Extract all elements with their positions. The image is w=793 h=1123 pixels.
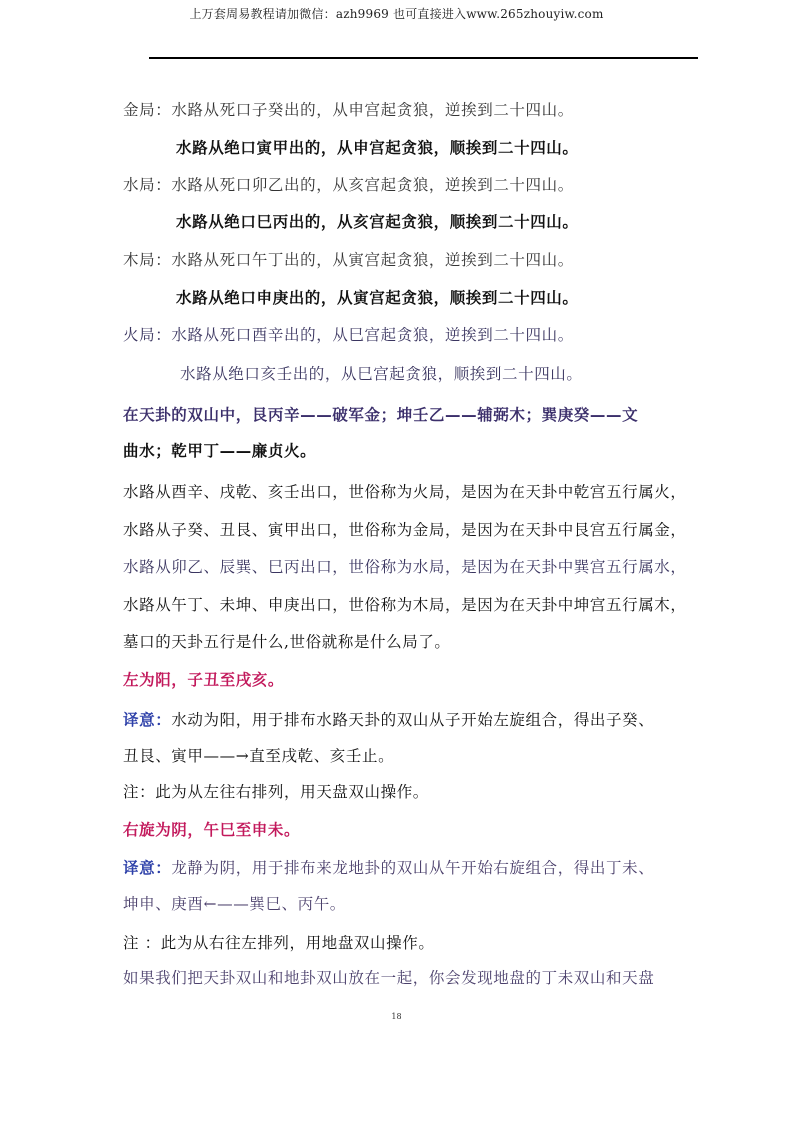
line-text: 水路从死口酉辛出的，从巳宫起贪狼，逆挨到二十四山。 [171,326,574,344]
yi-yi-label: 译意： [123,859,171,877]
note-di-pan: 注 ：此为从右往左排列，用地盘双山操作。 [123,933,434,953]
header-rule [149,57,698,59]
line-text: 水路从酉辛、戌乾、亥壬出口，世俗称为火局，是因为在天卦中乾宫五行属火， [123,483,687,501]
line-text: 左为阳，子丑至戌亥。 [123,671,284,689]
paragraph-yi-yi-1-cont: 丑艮、寅甲——→直至戌乾、亥壬止。 [123,746,394,766]
line-text: 水路从绝口巳丙出的，从亥宫起贪狼，顺挨到二十四山。 [176,213,579,231]
line-text: 水路从死口子癸出的，从申宫起贪狼，逆挨到二十四山。 [171,101,574,119]
line-text: 如果我们把天卦双山和地卦双山放在一起，你会发现地盘的丁未双山和天盘 [123,969,654,987]
paragraph-shui-ju-jue: 水路从绝口巳丙出的，从亥宫起贪狼，顺挨到二十四山。 [176,212,579,232]
paragraph-jin-ju-explain: 水路从子癸、丑艮、寅甲出口，世俗称为金局，是因为在天卦中艮宫五行属金， [123,520,687,540]
line-text: 水路从死口午丁出的，从寅宫起贪狼，逆挨到二十四山。 [171,251,574,269]
paragraph-shui-ju-si: 水局：水路从死口卯乙出的，从亥宫起贪狼，逆挨到二十四山。 [123,175,574,195]
line-text: 水路从午丁、未坤、申庚出口，世俗称为木局，是因为在天卦中坤宫五行属木， [123,596,687,614]
line-text: 水路从绝口寅甲出的，从申宫起贪狼，顺挨到二十四山。 [176,139,579,157]
line-text: 水路从卯乙、辰巽、巳丙出口，世俗称为水局，是因为在天卦中巽宫五行属水， [123,558,687,576]
line-prefix: 水局： [123,176,171,194]
paragraph-jin-ju-si: 金局：水路从死口子癸出的，从申宫起贪狼，逆挨到二十四山。 [123,100,574,120]
paragraph-combine: 如果我们把天卦双山和地卦双山放在一起，你会发现地盘的丁未双山和天盘 [123,968,654,988]
paragraph-huo-ju-jue: 水路从绝口亥壬出的，从巳宫起贪狼，顺挨到二十四山。 [180,364,583,384]
line-prefix: 木局： [123,251,171,269]
paragraph-jin-ju-jue: 水路从绝口寅甲出的，从申宫起贪狼，顺挨到二十四山。 [176,138,579,158]
line-text: 水路从子癸、丑艮、寅甲出口，世俗称为金局，是因为在天卦中艮宫五行属金， [123,521,687,539]
paragraph-mu-ju-jue: 水路从绝口申庚出的，从寅宫起贪狼，顺挨到二十四山。 [176,288,579,308]
page-number: 18 [0,1012,793,1021]
line-text: 右旋为阴，午巳至申未。 [123,821,300,839]
paragraph-tian-gua-heading-2: 曲水；乾甲丁——廉贞火。 [123,441,316,461]
line-text: 龙静为阴，用于排布来龙地卦的双山从午开始右旋组合，得出丁未、 [171,859,654,877]
paragraph-yi-yi-2-cont: 坤申、庚酉←——巽巳、丙午。 [123,894,346,914]
yi-yi-label: 译意： [123,711,171,729]
line-text: 丑艮、寅甲——→直至戌乾、亥壬止。 [123,747,394,765]
paragraph-mu-kou-summary: 墓口的天卦五行是什么,世俗就称是什么局了。 [123,632,451,652]
paragraph-tian-gua-heading-1: 在天卦的双山中，艮丙辛——破军金；坤壬乙——辅弼木；巽庚癸——文 [123,405,638,425]
line-text: 水路从绝口亥壬出的，从巳宫起贪狼，顺挨到二十四山。 [180,365,583,383]
line-text: 墓口的天卦五行是什么,世俗就称是什么局了。 [123,633,451,651]
line-prefix: 火局： [123,326,171,344]
page-header: 上万套周易教程请加微信：azh9969 也可直接进入www.265zhouyiw… [0,5,793,22]
line-text: 注：此为从左往右排列，用天盘双山操作。 [123,783,429,801]
paragraph-huo-ju-si: 火局：水路从死口酉辛出的，从巳宫起贪狼，逆挨到二十四山。 [123,325,574,345]
line-text: 坤申、庚酉←——巽巳、丙午。 [123,895,346,913]
paragraph-yi-yi-1: 译意：水动为阳，用于排布水路天卦的双山从子开始左旋组合，得出子癸、 [123,710,654,730]
line-prefix: 金局： [123,101,171,119]
line-text: 曲水；乾甲丁——廉贞火。 [123,442,316,460]
line-text: 在天卦的双山中，艮丙辛——破军金；坤壬乙——辅弼木；巽庚癸——文 [123,406,638,424]
paragraph-huo-ju-explain: 水路从酉辛、戌乾、亥壬出口，世俗称为火局，是因为在天卦中乾宫五行属火， [123,482,687,502]
line-text: 水动为阳，用于排布水路天卦的双山从子开始左旋组合，得出子癸、 [171,711,654,729]
line-text: 注 ：此为从右往左排列，用地盘双山操作。 [123,934,434,952]
paragraph-mu-ju-explain: 水路从午丁、未坤、申庚出口，世俗称为木局，是因为在天卦中坤宫五行属木， [123,595,687,615]
paragraph-shui-ju-explain: 水路从卯乙、辰巽、巳丙出口，世俗称为水局，是因为在天卦中巽宫五行属水， [123,557,687,577]
note-tian-pan: 注：此为从左往右排列，用天盘双山操作。 [123,782,429,802]
paragraph-mu-ju-si: 木局：水路从死口午丁出的，从寅宫起贪狼，逆挨到二十四山。 [123,250,574,270]
heading-you-xuan-wei-yin: 右旋为阴，午巳至申未。 [123,820,300,840]
line-text: 水路从死口卯乙出的，从亥宫起贪狼，逆挨到二十四山。 [171,176,574,194]
line-text: 水路从绝口申庚出的，从寅宫起贪狼，顺挨到二十四山。 [176,289,579,307]
heading-zuo-wei-yang: 左为阳，子丑至戌亥。 [123,670,284,690]
paragraph-yi-yi-2: 译意：龙静为阴，用于排布来龙地卦的双山从午开始右旋组合，得出丁未、 [123,858,654,878]
